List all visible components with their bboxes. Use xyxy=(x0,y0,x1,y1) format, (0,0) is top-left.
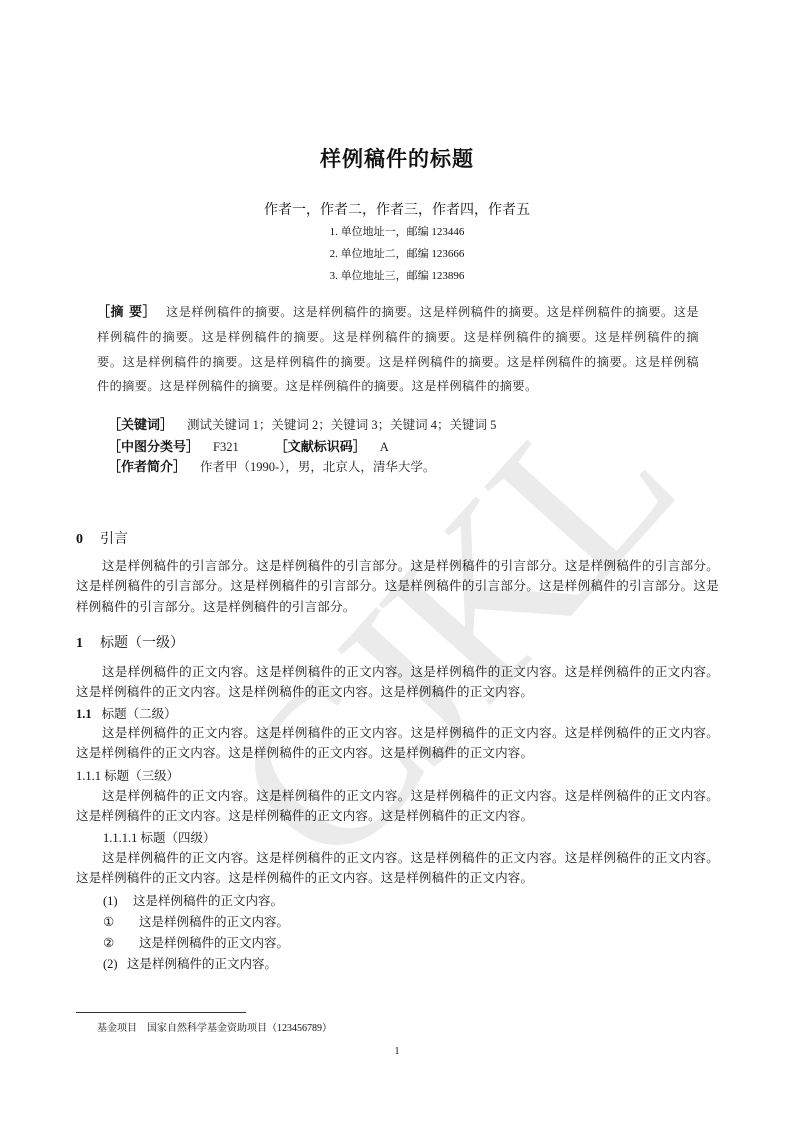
abstract-text: 这是样例稿件的摘要。这是样例稿件的摘要。这是样例稿件的摘要。这是样例稿件的摘要。… xyxy=(97,305,699,393)
doc-code-value: A xyxy=(380,440,389,454)
section-heading-1-1-1-1: 1.1.1.1 标题（四级） xyxy=(103,828,216,846)
classification: ［中图分类号］F321［文献标识码］A xyxy=(108,436,389,455)
author-list: 作者一，作者二，作者三，作者四，作者五 xyxy=(0,199,794,219)
list-item: ②这是样例稿件的正文内容。 xyxy=(103,933,289,951)
section-heading-intro: 0引言 xyxy=(76,528,128,548)
keywords: ［关键词］测试关键词 1；关键词 2；关键词 3；关键词 4；关键词 5 xyxy=(108,414,496,433)
page-number: 1 xyxy=(0,1046,794,1057)
list-item: ①这是样例稿件的正文内容。 xyxy=(103,912,289,930)
list-marker: ① xyxy=(103,914,139,930)
section-1-1-1-1-paragraph: 这是样例稿件的正文内容。这是样例稿件的正文内容。这是样例稿件的正文内容。这是样例… xyxy=(76,848,719,889)
section-number: 0 xyxy=(76,532,100,548)
section-heading-1-1: 1.1标题（二级） xyxy=(76,704,177,722)
clc-value: F321 xyxy=(213,440,239,454)
list-item: (2)这是样例稿件的正文内容。 xyxy=(103,954,277,972)
doc-code-label: ［文献标识码］ xyxy=(275,440,366,455)
list-text: 这是样例稿件的正文内容。 xyxy=(133,894,283,908)
keywords-text: 测试关键词 1；关键词 2；关键词 3；关键词 4；关键词 5 xyxy=(187,418,496,432)
affiliation-item: 1. 单位地址一，邮编 123446 xyxy=(0,221,794,243)
author-bio-text: 作者甲（1990-），男，北京人，清华大学。 xyxy=(200,460,435,474)
affiliation-item: 3. 单位地址三，邮编 123896 xyxy=(0,265,794,287)
footnote-text: 国家自然科学基金资助项目（123456789） xyxy=(147,1023,332,1034)
keywords-label: ［关键词］ xyxy=(108,418,173,433)
clc-label: ［中图分类号］ xyxy=(108,440,199,455)
footnote-label: 基金项目 xyxy=(97,1023,137,1034)
paper-title: 样例稿件的标题 xyxy=(0,143,794,173)
affiliation-item: 2. 单位地址二，邮编 123666 xyxy=(0,243,794,265)
list-text: 这是样例稿件的正文内容。 xyxy=(139,936,289,950)
author-bio: ［作者简介］作者甲（1990-），男，北京人，清华大学。 xyxy=(108,456,435,475)
section-number: 1 xyxy=(76,636,100,652)
section-heading-1-1-1: 1.1.1 标题（三级） xyxy=(76,766,179,784)
affiliation-list: 1. 单位地址一，邮编 123446 2. 单位地址二，邮编 123666 3.… xyxy=(0,221,794,287)
footnote-divider xyxy=(76,1012,246,1013)
list-text: 这是样例稿件的正文内容。 xyxy=(127,957,277,971)
author-bio-label: ［作者简介］ xyxy=(108,460,186,475)
list-marker: ② xyxy=(103,935,139,951)
abstract: ［摘 要］这是样例稿件的摘要。这是样例稿件的摘要。这是样例稿件的摘要。这是样例稿… xyxy=(97,300,699,399)
section-title: 标题（一级） xyxy=(100,635,184,651)
list-marker: (2) xyxy=(103,957,127,972)
section-heading-1: 1标题（一级） xyxy=(76,632,184,652)
list-item: (1)这是样例稿件的正文内容。 xyxy=(103,891,283,909)
intro-paragraph: 这是样例稿件的引言部分。这是样例稿件的引言部分。这是样例稿件的引言部分。这是样例… xyxy=(76,556,719,617)
section-title: 标题（二级） xyxy=(102,706,177,721)
section-1-1-paragraph: 这是样例稿件的正文内容。这是样例稿件的正文内容。这是样例稿件的正文内容。这是样例… xyxy=(76,723,719,764)
section-1-1-1-paragraph: 这是样例稿件的正文内容。这是样例稿件的正文内容。这是样例稿件的正文内容。这是样例… xyxy=(76,786,719,827)
list-marker: (1) xyxy=(103,894,133,909)
footnote: 基金项目国家自然科学基金资助项目（123456789） xyxy=(97,1019,332,1034)
list-text: 这是样例稿件的正文内容。 xyxy=(139,915,289,929)
abstract-label: ［摘 要］ xyxy=(97,305,156,320)
section-number: 1.1 xyxy=(76,707,92,721)
section-1-paragraph: 这是样例稿件的正文内容。这是样例稿件的正文内容。这是样例稿件的正文内容。这是样例… xyxy=(76,662,719,703)
section-title: 引言 xyxy=(100,531,128,547)
